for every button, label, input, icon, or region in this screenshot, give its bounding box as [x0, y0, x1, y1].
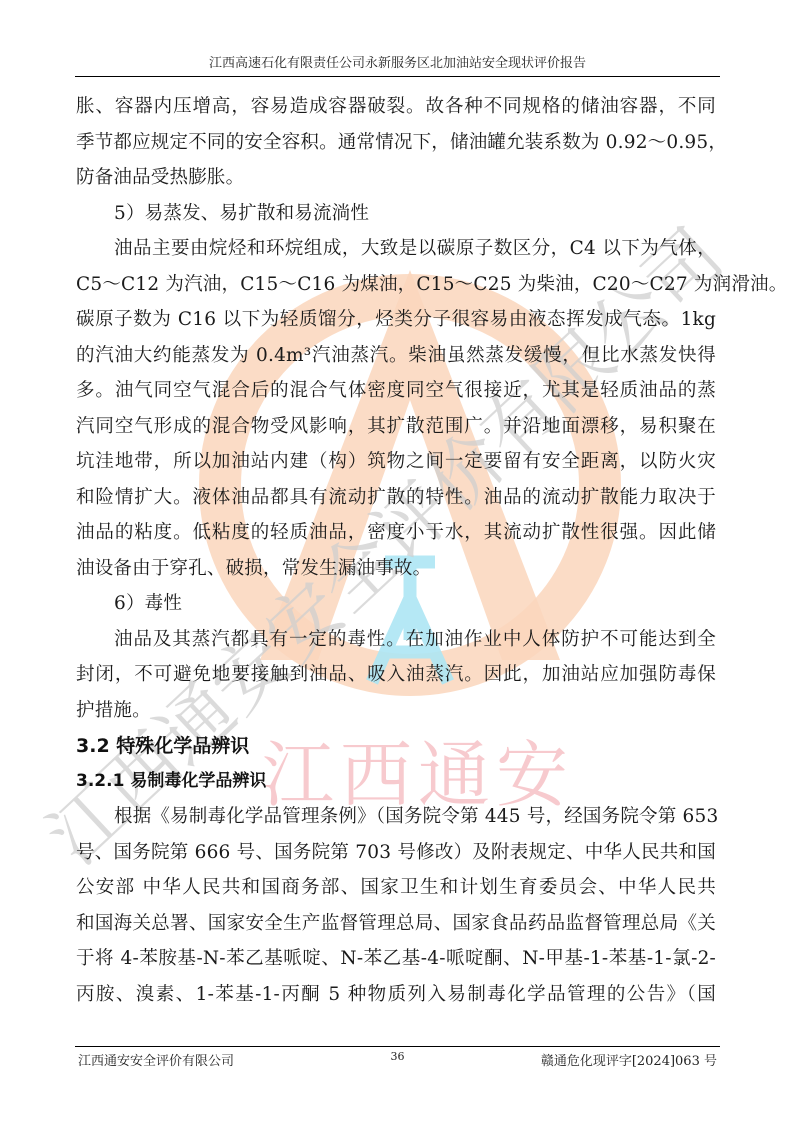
text-line: 公安部 中华人民共和国商务部、国家卫生和计划生育委员会、中华人民共 [76, 870, 716, 906]
text-line: 号、国务院第 666 号、国务院第 703 号修改）及附表规定、中华人民共和国 [76, 835, 716, 871]
text-line: 和国海关总署、国家安全生产监督管理总局、国家食品药品监督管理总局《关 [76, 906, 716, 942]
text-line: 油设备由于穿孔、破损，常发生漏油事故。 [76, 551, 716, 587]
text-line: 油品及其蒸汽都具有一定的毒性。在加油作业中人体防护不可能达到全 [76, 622, 716, 658]
text-line: 汽同空气形成的混合物受风影响，其扩散范围广。并沿地面漂移，易积聚在 [76, 409, 716, 445]
text-line: 油品的粘度。低粘度的轻质油品，密度小于水，其流动扩散性很强。因此储 [76, 515, 716, 551]
text-line: 季节都应规定不同的安全容积。通常情况下，储油罐允装系数为 0.92～0.95， [76, 125, 716, 161]
item-6-title: 6）毒性 [76, 586, 716, 622]
text-line: 封闭，不可避免地要接触到油品、吸入油蒸汽。因此，加油站应加强防毒保 [76, 657, 716, 693]
paragraph-2: 油品主要由烷烃和环烷组成，大致是以碳原子数区分，C4 以下为气体， C5～C12… [76, 231, 716, 586]
text-line: 的汽油大约能蒸发为 0.4m³汽油蒸汽。柴油虽然蒸发缓慢，但比水蒸发快得 [76, 338, 716, 374]
paragraph-3: 油品及其蒸汽都具有一定的毒性。在加油作业中人体防护不可能达到全 封闭，不可避免地… [76, 622, 716, 729]
item-5-title: 5）易蒸发、易扩散和易流淌性 [76, 196, 716, 232]
text-line: 坑洼地带，所以加油站内建（构）筑物之间一定要留有安全距离，以防火灾 [76, 444, 716, 480]
page-footer: 江西通安安全评价有限公司 36 赣通危化现评字[2024]063 号 [75, 1046, 720, 1047]
header-title: 江西高速石化有限责任公司永新服务区北加油站安全现状评价报告 [209, 56, 586, 71]
text-line: 油品主要由烷烃和环烷组成，大致是以碳原子数区分，C4 以下为气体， [76, 231, 716, 267]
paragraph-4: 根据《易制毒化学品管理条例》（国务院令第 445 号，经国务院令第 653 号、… [76, 799, 716, 1012]
text-line: C5～C12 为汽油，C15～C16 为煤油，C15～C25 为柴油，C20～C… [76, 267, 716, 303]
text-line: 碳原子数为 C16 以下为轻质馏分，烃类分子很容易由液态挥发成气态。1kg [76, 302, 716, 338]
text-line: 防备油品受热膨胀。 [76, 160, 716, 196]
text-line: 和险情扩大。液体油品都具有流动扩散的特性。油品的流动扩散能力取决于 [76, 480, 716, 516]
text-line: 于将 4-苯胺基-N-苯乙基哌啶、N-苯乙基-4-哌啶酮、N-甲基-1-苯基-1… [76, 941, 716, 977]
text-line: 胀、容器内压增高，容易造成容器破裂。故各种不同规格的储油容器，不同 [76, 89, 716, 125]
text-line: 根据《易制毒化学品管理条例》（国务院令第 445 号，经国务院令第 653 [76, 799, 716, 835]
document-body: 胀、容器内压增高，容易造成容器破裂。故各种不同规格的储油容器，不同 季节都应规定… [76, 89, 716, 1012]
footer-doc-number: 赣通危化现评字[2024]063 号 [541, 1050, 717, 1069]
text-line: 多。油气同空气混合后的混合气体密度同空气很接近，尤其是轻质油品的蒸 [76, 373, 716, 409]
section-heading-3-2: 3.2 特殊化学品辨识 [76, 728, 716, 764]
text-line: 丙胺、溴素、1-苯基-1-丙酮 5 种物质列入易制毒化学品管理的公告》（国 [76, 977, 716, 1013]
section-heading-3-2-1: 3.2.1 易制毒化学品辨识 [76, 764, 716, 799]
text-line: 护措施。 [76, 693, 716, 729]
page-header: 江西高速石化有限责任公司永新服务区北加油站安全现状评价报告 [75, 54, 720, 77]
paragraph-1: 胀、容器内压增高，容易造成容器破裂。故各种不同规格的储油容器，不同 季节都应规定… [76, 89, 716, 196]
